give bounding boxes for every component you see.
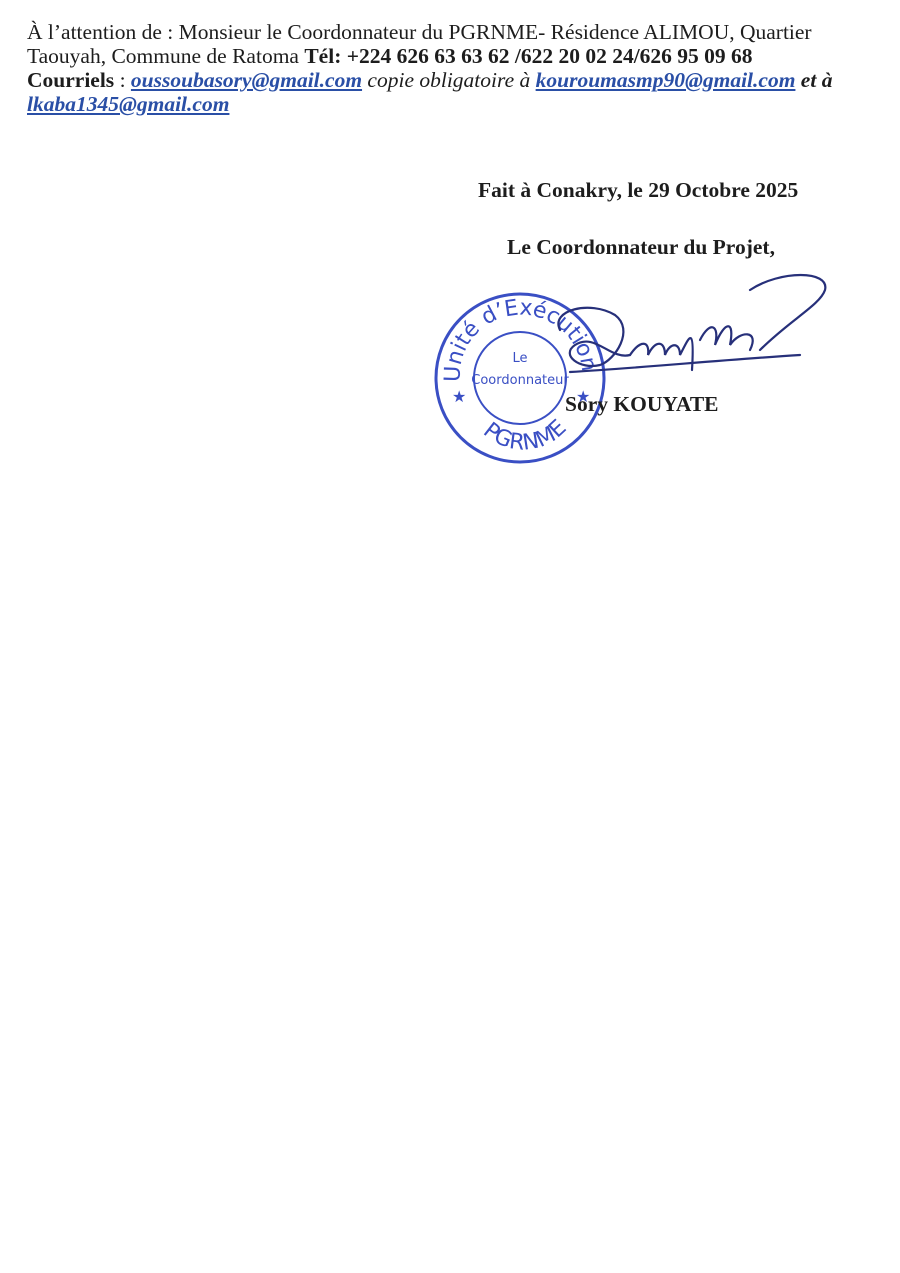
emails-separator: :	[114, 68, 131, 92]
copy-text: copie obligatoire à	[362, 68, 536, 92]
emails-label: Courriels	[27, 68, 114, 92]
contact-block: À l’attention de : Monsieur le Coordonna…	[27, 20, 889, 116]
email-copy1-link[interactable]: kouroumasmp90@gmail.com	[536, 68, 796, 92]
signatory-name: Sory KOUYATE	[565, 392, 719, 417]
signatory-role: Le Coordonnateur du Projet,	[507, 235, 775, 260]
emails-line: Courriels : oussoubasory@gmail.com copie…	[27, 68, 889, 92]
address-phone-line: Taouyah, Commune de Ratoma Tél: +224 626…	[27, 44, 889, 68]
address-continued: Taouyah, Commune de Ratoma	[27, 44, 304, 68]
place-date: Fait à Conakry, le 29 Octobre 2025	[478, 178, 798, 203]
svg-text:★: ★	[452, 389, 466, 406]
phone-numbers: Tél: +224 626 63 63 62 /622 20 02 24/626…	[304, 44, 752, 68]
email-primary-link[interactable]: oussoubasory@gmail.com	[131, 68, 362, 92]
stamp-bottom-text: PGRNME	[478, 415, 571, 456]
handwritten-signature-icon	[520, 260, 840, 390]
email-copy2-link[interactable]: lkaba1345@gmail.com	[27, 92, 229, 116]
address-line: À l’attention de : Monsieur le Coordonna…	[27, 20, 889, 44]
and-text: et à	[795, 68, 832, 92]
emails-line-2: lkaba1345@gmail.com	[27, 92, 889, 116]
